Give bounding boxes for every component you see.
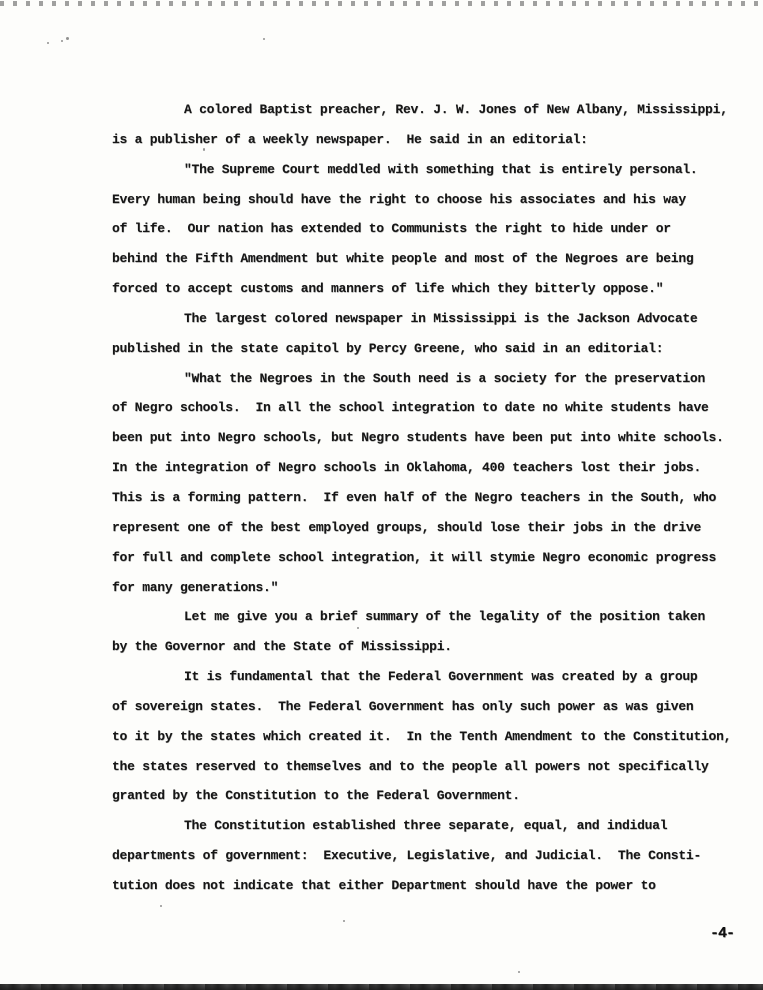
paragraph-1-line-2: is a publisher of a weekly newspaper. He… (112, 125, 752, 155)
paragraph-6-line-5: granted by the Constitution to the Feder… (112, 781, 752, 811)
paragraph-6-line-1: It is fundamental that the Federal Gover… (112, 662, 752, 692)
paragraph-2-line-1: "The Supreme Court meddled with somethin… (112, 155, 752, 185)
paragraph-2-line-4: behind the Fifth Amendment but white peo… (112, 244, 752, 274)
scan-speck (66, 37, 69, 40)
paragraph-1-line-1: A colored Baptist preacher, Rev. J. W. J… (112, 95, 752, 125)
scan-speck (160, 905, 162, 907)
document-text: A colored Baptist preacher, Rev. J. W. J… (112, 95, 752, 901)
paragraph-7-line-3: tution does not indicate that either Dep… (112, 871, 752, 901)
paragraph-4-line-5: This is a forming pattern. If even half … (112, 483, 752, 513)
paragraph-4-line-6: represent one of the best employed group… (112, 513, 752, 543)
document-page: A colored Baptist preacher, Rev. J. W. J… (0, 0, 763, 990)
paragraph-6-line-4: the states reserved to themselves and to… (112, 752, 752, 782)
scan-speck (47, 42, 49, 44)
paragraph-4-line-2: of Negro schools. In all the school inte… (112, 393, 752, 423)
paragraph-5-line-2: by the Governor and the State of Mississ… (112, 632, 752, 662)
scan-speck (61, 40, 63, 42)
scan-bottom-edge (0, 984, 763, 990)
paragraph-6-line-2: of sovereign states. The Federal Governm… (112, 692, 752, 722)
paragraph-7-line-1: The Constitution established three separ… (112, 811, 752, 841)
paragraph-4-line-4: In the integration of Negro schools in O… (112, 453, 752, 483)
paragraph-2-line-3: of life. Our nation has extended to Comm… (112, 214, 752, 244)
scan-top-edge (0, 1, 763, 6)
paragraph-2-line-2: Every human being should have the right … (112, 185, 752, 215)
paragraph-5-line-1: Let me give you a brief summary of the l… (112, 602, 752, 632)
paragraph-2-line-5: forced to accept customs and manners of … (112, 274, 752, 304)
paragraph-3-line-2: published in the state capitol by Percy … (112, 334, 752, 364)
scan-speck (343, 920, 345, 922)
paragraph-6-line-3: to it by the states which created it. In… (112, 722, 752, 752)
paragraph-4-line-3: been put into Negro schools, but Negro s… (112, 423, 752, 453)
page-number: -4- (710, 925, 734, 942)
scan-speck (518, 971, 520, 973)
scan-speck (263, 38, 265, 40)
paragraph-4-line-7: for full and complete school integration… (112, 543, 752, 573)
paragraph-7-line-2: departments of government: Executive, Le… (112, 841, 752, 871)
paragraph-3-line-1: The largest colored newspaper in Mississ… (112, 304, 752, 334)
paragraph-4-line-1: "What the Negroes in the South need is a… (112, 364, 752, 394)
paragraph-4-line-8: for many generations." (112, 573, 752, 603)
